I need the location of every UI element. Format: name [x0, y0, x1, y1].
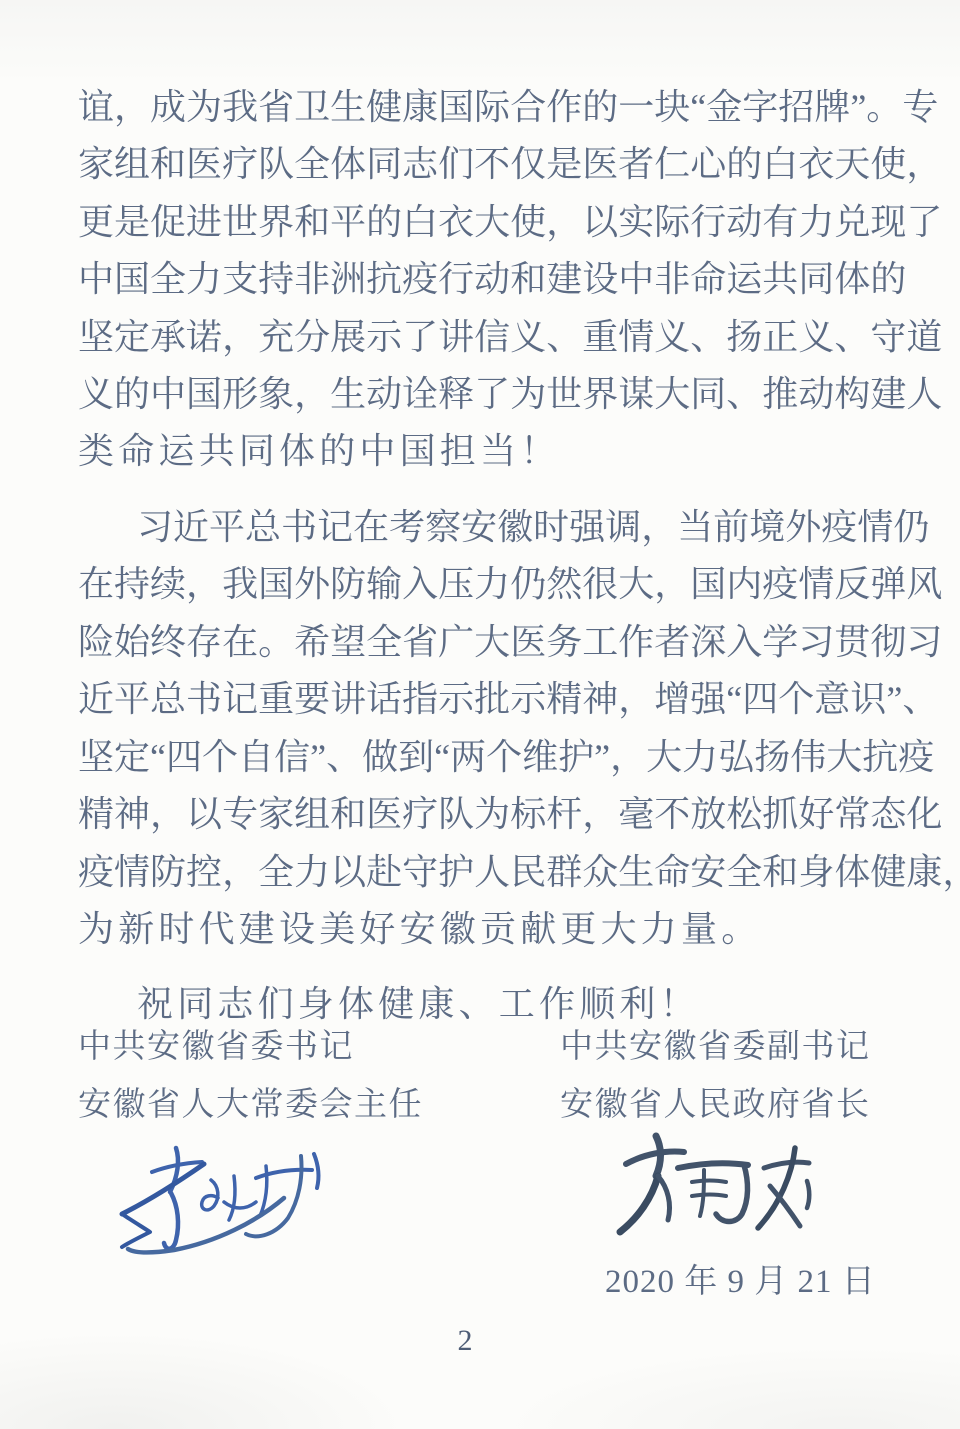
body-line: 近平总书记重要讲话指示批示精神，增强“四个意识”、 [78, 671, 882, 729]
body-line: 为新时代建设美好安徽贡献更大力量。 [78, 901, 882, 959]
paragraph-2: 习近平总书记在考察安徽时强调，当前境外疫情仍 在持续，我国外防输入压力仍然很大，… [78, 498, 882, 958]
signer-right-titles: 中共安徽省委副书记 安徽省人民政府省长 [560, 1019, 871, 1134]
body-line: 类命运共同体的中国担当！ [78, 423, 882, 481]
paragraph-1: 谊，成为我省卫生健康国际合作的一块“金字招牌”。专 家组和医疗队全体同志们不仅是… [78, 78, 882, 481]
letter-date: 2020 年 9 月 21 日 [605, 1262, 885, 1302]
body-line: 家组和医疗队全体同志们不仅是医者仁心的白衣天使， [78, 136, 882, 194]
signer-left-title-1: 中共安徽省委书记 [78, 1019, 423, 1077]
body-line: 中国全力支持非洲抗疫行动和建设中非命运共同体的 [78, 251, 882, 309]
body-line: 更是促进世界和平的白衣大使，以实际行动有力兑现了 [78, 193, 882, 251]
body-line: 习近平总书记在考察安徽时强调，当前境外疫情仍 [78, 498, 882, 556]
body-line: 精神，以专家组和医疗队为标杆，毫不放松抓好常态化 [78, 786, 882, 844]
body-line: 疫情防控，全力以赴守护人民群众生命安全和身体健康， [78, 843, 882, 901]
body-line: 在持续，我国外防输入压力仍然很大，国内疫情反弹风 [78, 556, 882, 614]
body-line: 义的中国形象，生动诠释了为世界谋大同、推动构建人 [78, 366, 882, 424]
signer-left-title-2: 安徽省人大常委会主任 [78, 1077, 423, 1135]
body-line: 险始终存在。希望全省广大医务工作者深入学习贯彻习 [78, 613, 882, 671]
page-number: 2 [430, 1324, 500, 1358]
body-line: 坚定承诺，充分展示了讲信义、重情义、扬正义、守道 [78, 308, 882, 366]
letter-body: 谊，成为我省卫生健康国际合作的一块“金字招牌”。专 家组和医疗队全体同志们不仅是… [78, 78, 882, 1033]
handwritten-signature-left [116, 1136, 336, 1286]
scanned-letter-page: 谊，成为我省卫生健康国际合作的一块“金字招牌”。专 家组和医疗队全体同志们不仅是… [0, 0, 960, 1429]
signer-left-titles: 中共安徽省委书记 安徽省人大常委会主任 [78, 1019, 423, 1134]
handwritten-signature-right [612, 1126, 822, 1266]
signer-right-title-1: 中共安徽省委副书记 [560, 1019, 871, 1077]
body-line: 谊，成为我省卫生健康国际合作的一块“金字招牌”。专 [78, 78, 882, 136]
body-line: 坚定“四个自信”、做到“两个维护”，大力弘扬伟大抗疫 [78, 728, 882, 786]
